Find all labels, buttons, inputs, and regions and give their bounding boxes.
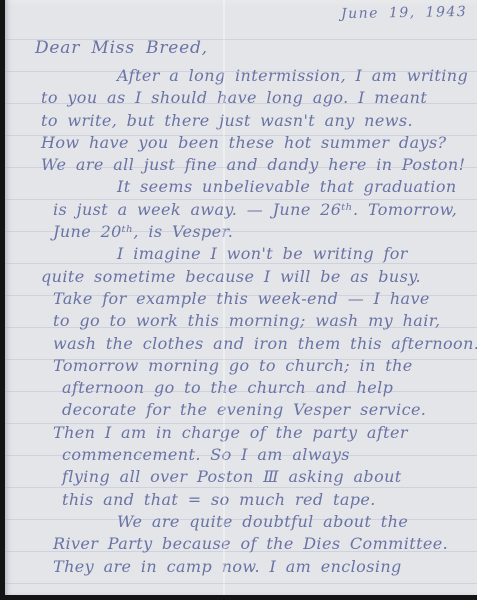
handwriting-line: to write, but there just wasn't any news…: [5, 111, 477, 133]
handwriting-line: River Party because of the Dies Committe…: [5, 534, 477, 556]
handwriting-line: this and that = so much red tape.: [5, 490, 477, 512]
handwriting-line: commencement. So I am always: [5, 445, 477, 467]
handwriting-line: It seems unbelievable that graduation: [5, 177, 477, 199]
handwriting-line: flying all over Poston Ⅲ asking about: [5, 467, 477, 489]
handwriting-line: Take for example this week-end — I have: [5, 289, 477, 311]
handwriting-line: afternoon go to the church and help: [5, 378, 477, 400]
handwriting-line: How have you been these hot summer days?: [5, 133, 477, 155]
letter-page: June 19, 1943 Dear Miss Breed, After a l…: [5, 0, 477, 595]
handwriting-line: Tomorrow morning go to church; in the: [5, 356, 477, 378]
handwriting-line: We are quite doubtful about the: [5, 512, 477, 534]
handwriting-line: June 20ᵗʰ, is Vesper.: [5, 222, 477, 244]
handwriting-line: is just a week away. — June 26ᵗʰ. Tomorr…: [5, 200, 477, 222]
handwriting-line: After a long intermission, I am writing: [5, 66, 477, 88]
handwriting-line: I imagine I won't be writing for: [5, 244, 477, 266]
letter-body: After a long intermission, I am writing …: [5, 66, 477, 579]
handwriting-line: to you as I should have long ago. I mean…: [5, 88, 477, 110]
handwriting-line: wash the clothes and iron them this afte…: [5, 334, 477, 356]
salutation: Dear Miss Breed,: [35, 38, 208, 58]
letter-date: June 19, 1943: [341, 4, 467, 22]
handwriting-line: to go to work this morning; wash my hair…: [5, 311, 477, 333]
handwriting-line: They are in camp now. I am enclosing: [5, 557, 477, 579]
handwriting-line: Then I am in charge of the party after: [5, 423, 477, 445]
handwriting-line: quite sometime because I will be as busy…: [5, 267, 477, 289]
handwriting-line: We are all just fine and dandy here in P…: [5, 155, 477, 177]
handwriting-line: decorate for the evening Vesper service.: [5, 400, 477, 422]
